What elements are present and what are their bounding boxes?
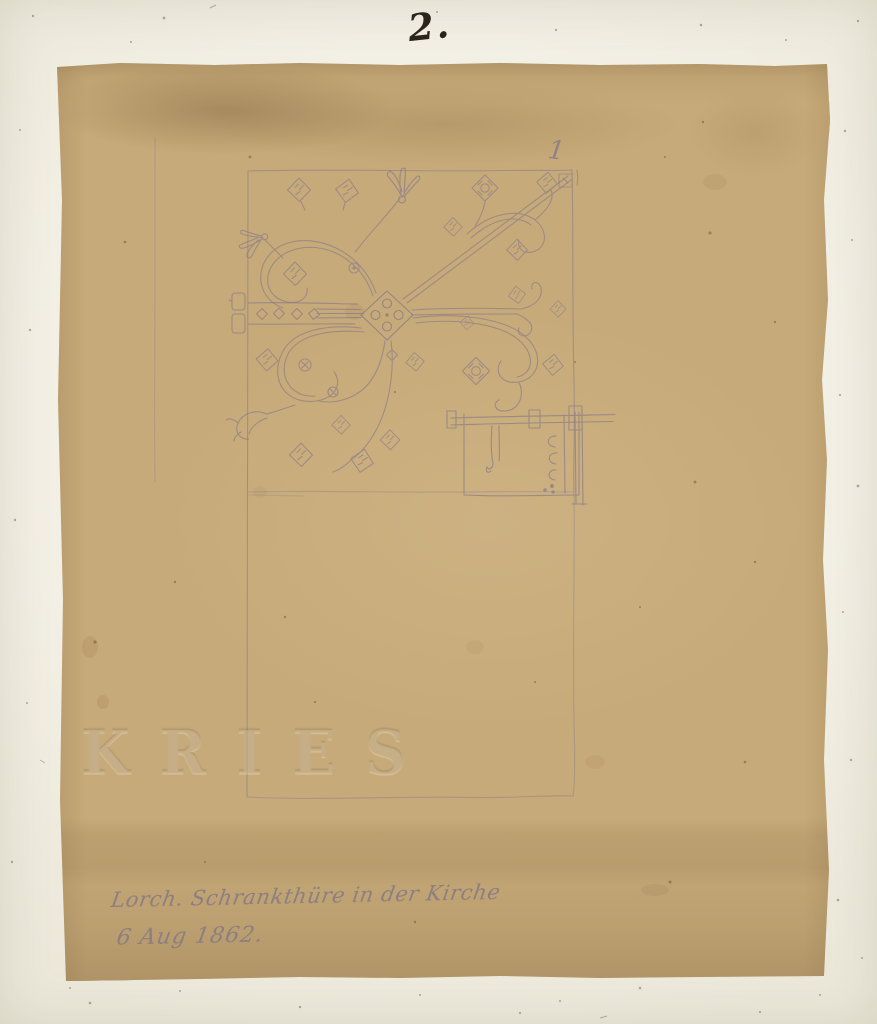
inscription-date: 6 Aug 1862. — [115, 922, 266, 950]
scroll-ornament-lower-right — [405, 285, 564, 411]
scroll-ornament-upper-right — [403, 171, 571, 303]
latch-detail — [447, 406, 615, 505]
scan-page: 2. KRIES 1 — [0, 0, 877, 1024]
paper-watermark: KRIES — [81, 717, 436, 788]
hinge-plate-quatrefoil — [361, 291, 413, 340]
page-number-label: 2. — [406, 2, 453, 50]
scroll-ornament-upper-left — [233, 168, 419, 308]
drawing-sheet: KRIES 1 — [55, 62, 830, 981]
paper-specks — [93, 121, 776, 923]
hinge-band-right — [412, 282, 566, 335]
pencil-sketch — [55, 62, 830, 981]
margin-guide-line — [155, 138, 156, 482]
scroll-ornament-lower-left — [226, 327, 400, 475]
